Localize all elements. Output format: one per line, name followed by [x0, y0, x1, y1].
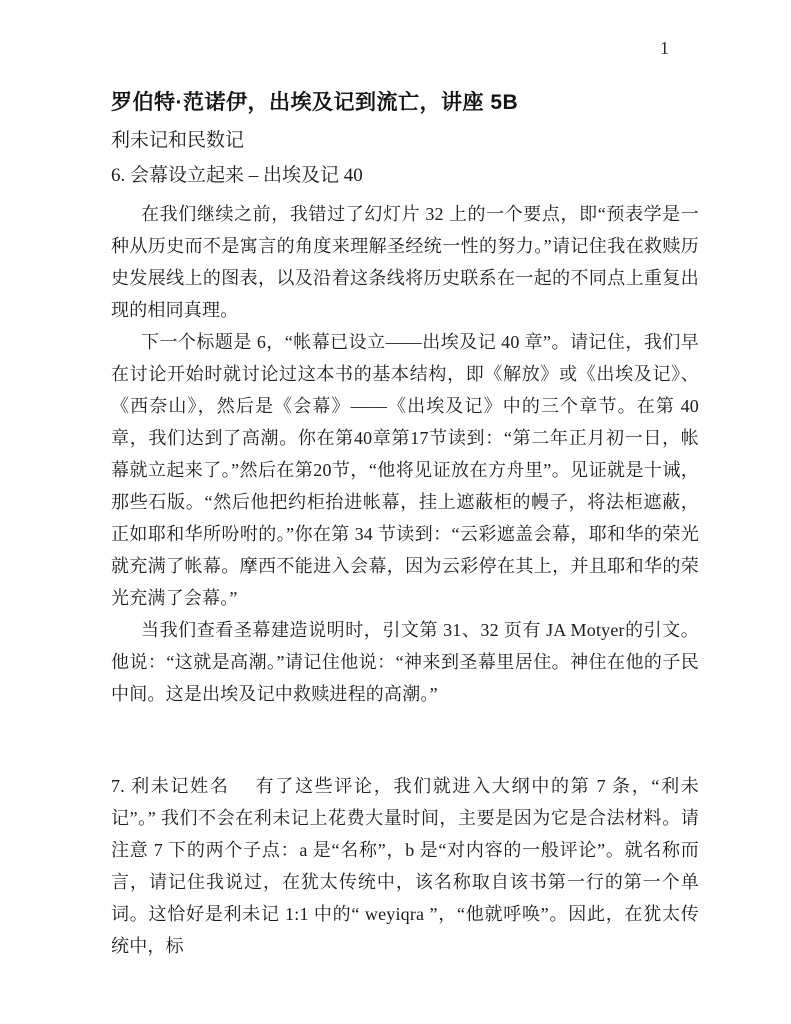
document-page: 1 罗伯特·范诺伊，出埃及记到流亡，讲座 5B 利未记和民数记 6. 会幕设立起…: [0, 0, 791, 1024]
section-6-paragraph-3: 当我们查看圣幕建造说明时，引文第 31、32 页有 JA Motyer的引文。他…: [111, 614, 699, 710]
section-6-paragraph-2: 下一个标题是 6，“帐幕已设立——出埃及记 40 章”。请记住，我们早在讨论开始…: [111, 326, 699, 614]
section-6-paragraph-1: 在我们继续之前，我错过了幻灯片 32 上的一个要点，即“预表学是一种从历史而不是…: [111, 198, 699, 326]
document-subtitle: 利未记和民数记: [111, 128, 699, 154]
section-7-heading: 7. 利未记姓名: [111, 776, 230, 796]
page-number: 1: [660, 38, 669, 59]
page-content: 罗伯特·范诺伊，出埃及记到流亡，讲座 5B 利未记和民数记 6. 会幕设立起来 …: [111, 88, 699, 980]
section-7-body: 有了这些评论，我们就进入大纲中的第 7 条，“利未记”。” 我们不会在利未记上花…: [111, 776, 699, 956]
section-6-heading: 6. 会幕设立起来 – 出埃及记 40: [111, 163, 699, 189]
document-title: 罗伯特·范诺伊，出埃及记到流亡，讲座 5B: [111, 88, 699, 118]
section-7-paragraph: 7. 利未记姓名有了这些评论，我们就进入大纲中的第 7 条，“利未记”。” 我们…: [111, 770, 699, 962]
